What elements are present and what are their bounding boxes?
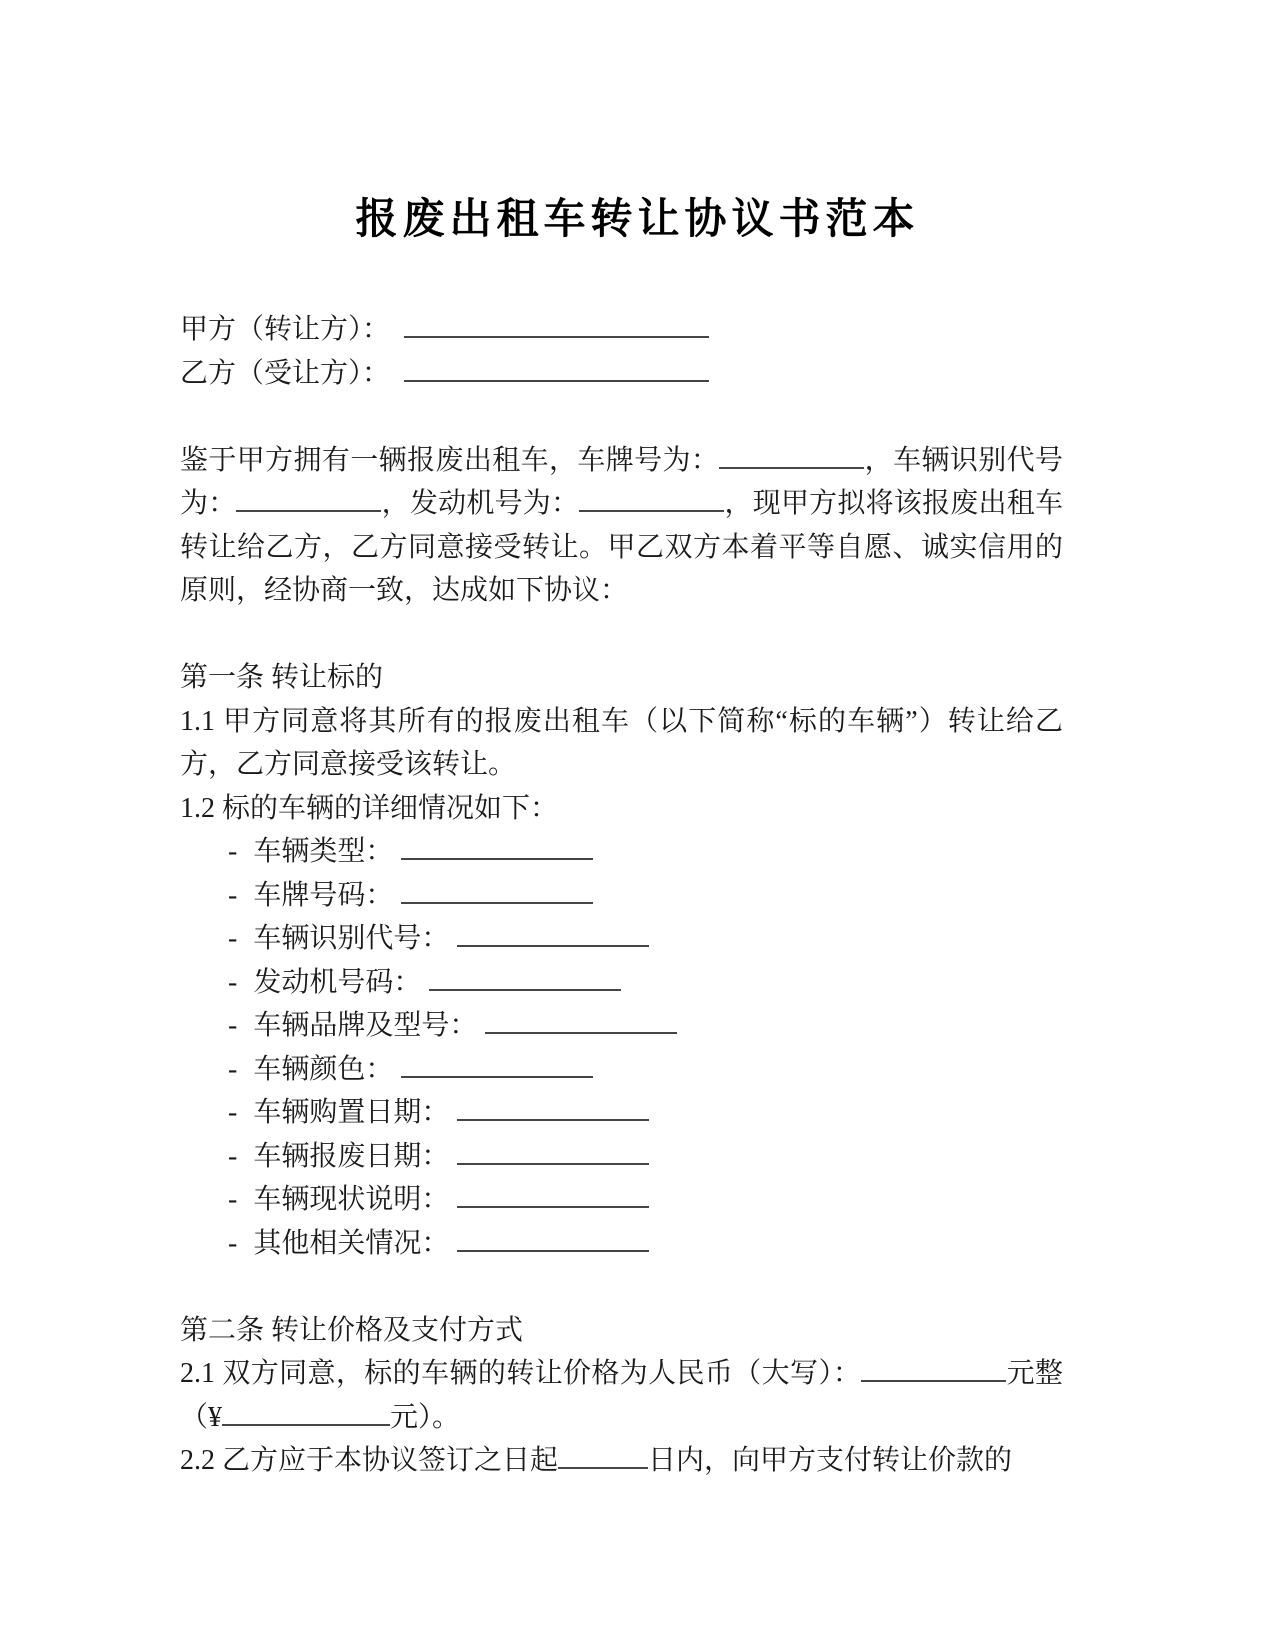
other-info-blank xyxy=(457,1223,649,1252)
document-title: 报废出租车转让协议书范本 xyxy=(140,0,1135,250)
preamble-text-3: ，发动机号为： xyxy=(381,488,579,519)
item-dash: - xyxy=(228,830,237,874)
engine-number-item-blank xyxy=(429,962,621,991)
item-label: 车辆购置日期： xyxy=(253,1097,449,1128)
list-item-vehicle-type: -车辆类型： xyxy=(180,830,1063,874)
party-a-blank xyxy=(404,309,709,338)
price-capital-blank xyxy=(861,1353,1006,1382)
list-item-condition: -车辆现状说明： xyxy=(180,1178,1063,1222)
item-label: 车辆品牌及型号： xyxy=(253,1010,477,1041)
clause-2-1-text-3: 元）。 xyxy=(390,1402,460,1433)
purchase-date-blank xyxy=(457,1092,649,1121)
item-dash: - xyxy=(228,1091,237,1135)
list-item-other-info: -其他相关情况： xyxy=(180,1222,1063,1266)
brand-model-blank xyxy=(485,1005,677,1034)
item-dash: - xyxy=(228,917,237,961)
item-label: 车牌号码： xyxy=(253,880,393,911)
item-label: 车辆现状说明： xyxy=(253,1184,449,1215)
clause-1-1: 1.1 甲方同意将其所有的报废出租车（以下简称“标的车辆”）转让给乙方，乙方同意… xyxy=(180,700,1063,787)
section-2-heading: 第二条 转让价格及支付方式 xyxy=(180,1309,1063,1353)
item-label: 发动机号码： xyxy=(253,967,421,998)
plate-number-blank xyxy=(719,440,864,469)
list-item-vin: -车辆识别代号： xyxy=(180,917,1063,961)
condition-blank xyxy=(457,1179,649,1208)
list-item-scrap-date: -车辆报废日期： xyxy=(180,1135,1063,1179)
engine-number-blank xyxy=(579,483,724,512)
vehicle-color-blank xyxy=(401,1049,593,1078)
preamble-paragraph: 鉴于甲方拥有一辆报废出租车，车牌号为：，车辆识别代号为：，发动机号为：，现甲方拟… xyxy=(180,439,1063,613)
item-dash: - xyxy=(228,1048,237,1092)
party-b-label: 乙方（受让方）： xyxy=(180,358,390,389)
list-item-plate-number: -车牌号码： xyxy=(180,874,1063,918)
item-label: 车辆识别代号： xyxy=(253,923,449,954)
party-b-line: 乙方（受让方）： xyxy=(180,352,1063,396)
list-item-brand-model: -车辆品牌及型号： xyxy=(180,1004,1063,1048)
item-label: 车辆报废日期： xyxy=(253,1141,449,1172)
price-numeric-blank xyxy=(222,1397,390,1426)
item-dash: - xyxy=(228,1222,237,1266)
plate-number-item-blank xyxy=(401,875,593,904)
document-page: 报废出租车转让协议书范本 甲方（转让方）： 乙方（受让方）： 鉴于甲方拥有一辆报… xyxy=(0,0,1275,1650)
clause-2-1: 2.1 双方同意，标的车辆的转让价格为人民币（大写）：元整（¥元）。 xyxy=(180,1352,1063,1439)
vehicle-type-blank xyxy=(401,831,593,860)
clause-2-1-text-1: 2.1 双方同意，标的车辆的转让价格为人民币（大写）： xyxy=(180,1358,861,1389)
clause-2-2: 2.2 乙方应于本协议签订之日起日内，向甲方支付转让价款的 xyxy=(180,1439,1063,1483)
clause-2-2-text-1: 2.2 乙方应于本协议签订之日起 xyxy=(180,1445,558,1476)
document-body: 甲方（转让方）： 乙方（受让方）： 鉴于甲方拥有一辆报废出租车，车牌号为：，车辆… xyxy=(180,308,1063,1483)
party-a-label: 甲方（转让方）： xyxy=(180,314,390,345)
item-dash: - xyxy=(228,1004,237,1048)
section-1-heading: 第一条 转让标的 xyxy=(180,656,1063,700)
item-dash: - xyxy=(228,1178,237,1222)
vin-item-blank xyxy=(457,918,649,947)
item-label: 车辆类型： xyxy=(253,836,393,867)
payment-days-blank xyxy=(558,1440,648,1469)
item-label: 车辆颜色： xyxy=(253,1054,393,1085)
preamble-text-1: 鉴于甲方拥有一辆报废出租车，车牌号为： xyxy=(180,445,719,476)
vehicle-detail-list: -车辆类型： -车牌号码： -车辆识别代号： -发动机号码： -车辆品牌及型号：… xyxy=(180,830,1063,1265)
item-dash: - xyxy=(228,1135,237,1179)
list-item-color: -车辆颜色： xyxy=(180,1048,1063,1092)
list-item-purchase-date: -车辆购置日期： xyxy=(180,1091,1063,1135)
party-b-blank xyxy=(404,353,709,382)
vin-blank xyxy=(236,483,381,512)
scrap-date-blank xyxy=(457,1136,649,1165)
item-dash: - xyxy=(228,961,237,1005)
clause-1-2: 1.2 标的车辆的详细情况如下： xyxy=(180,787,1063,831)
list-item-engine-number: -发动机号码： xyxy=(180,961,1063,1005)
party-a-line: 甲方（转让方）： xyxy=(180,308,1063,352)
clause-2-2-text-2: 日内，向甲方支付转让价款的 xyxy=(648,1445,1012,1476)
item-dash: - xyxy=(228,874,237,918)
item-label: 其他相关情况： xyxy=(253,1228,449,1259)
